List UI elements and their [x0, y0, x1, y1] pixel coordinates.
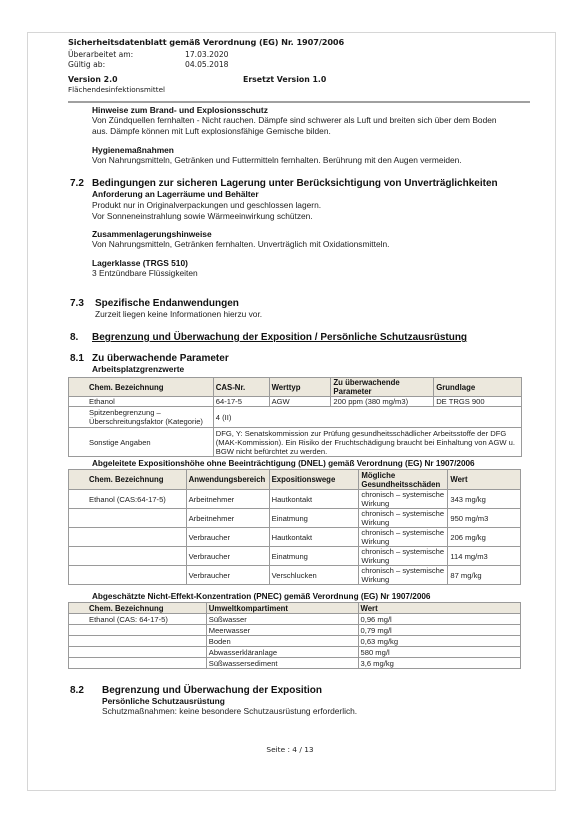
- table-row: ArbeitnehmerEinatmungchronisch – systemi…: [69, 509, 521, 528]
- table-cell: chronisch – systemische Wirkung: [359, 566, 448, 585]
- table-row: Spitzenbegrenzung – Überschreitungsfakto…: [69, 407, 522, 428]
- valid-row: Gültig ab: 04.05.2018: [68, 60, 528, 70]
- column-header: Expositionswege: [269, 470, 359, 490]
- table-cell: Einatmung: [269, 547, 359, 566]
- table-cell: 0,63 mg/kg: [358, 636, 521, 647]
- table-cell: Ethanol (CAS:64-17-5): [69, 490, 187, 509]
- table-row: VerbraucherVerschluckenchronisch – syste…: [69, 566, 521, 585]
- column-header: Werttyp: [269, 378, 331, 397]
- table-cell: chronisch – systemische Wirkung: [359, 547, 448, 566]
- table-cell: 206 mg/kg: [448, 528, 521, 547]
- storage-class-text: 3 Entzündbare Flüssigkeiten: [92, 268, 198, 279]
- table-cell: [69, 547, 187, 566]
- section-7-3-number: 7.3: [70, 298, 84, 310]
- column-header: Chem. Bezeichnung: [69, 603, 207, 614]
- table-cell: 3,6 mg/kg: [358, 658, 521, 669]
- table-cell: 343 mg/kg: [448, 490, 521, 509]
- pnec-heading: Abgeschätzte Nicht-Effekt-Konzentration …: [92, 591, 430, 602]
- section-8-1-number: 8.1: [70, 353, 84, 365]
- column-header: Zu überwachende Parameter: [331, 378, 434, 397]
- co-storage-text: Von Nahrungsmitteln, Getränken fernhalte…: [92, 239, 389, 250]
- table-row: Süßwassersediment3,6 mg/kg: [69, 658, 521, 669]
- table-cell: Süßwasser: [206, 614, 358, 625]
- table-cell: [69, 509, 187, 528]
- table-cell: [69, 647, 207, 658]
- table-cell: Boden: [206, 636, 358, 647]
- hygiene-text: Von Nahrungsmitteln, Getränken und Futte…: [92, 155, 462, 166]
- table-cell: Arbeitnehmer: [186, 490, 269, 509]
- column-header: Chem. Bezeichnung: [69, 470, 187, 490]
- table-cell: DE TRGS 900: [434, 397, 522, 407]
- workplace-limits-table: Chem. Bezeichnung CAS-Nr. Werttyp Zu übe…: [68, 377, 522, 457]
- document-header: Sicherheitsdatenblatt gemäß Verordnung (…: [68, 37, 528, 95]
- table-cell: [69, 528, 187, 547]
- dnel-table: Chem. Bezeichnung Anwendungsbereich Expo…: [68, 469, 521, 585]
- column-header: Chem. Bezeichnung: [69, 378, 214, 397]
- section-8-2-number: 8.2: [70, 685, 84, 697]
- table-cell: 4 (II): [213, 407, 521, 428]
- table-row: VerbraucherEinatmungchronisch – systemis…: [69, 547, 521, 566]
- column-header: Anwendungsbereich: [186, 470, 269, 490]
- table-cell: chronisch – systemische Wirkung: [359, 528, 448, 547]
- page-number: Seite : 4 / 13: [0, 745, 580, 754]
- table-cell: Meerwasser: [206, 625, 358, 636]
- workplace-limits-heading: Arbeitsplatzgrenzwerte: [92, 364, 184, 375]
- column-header: Wert: [448, 470, 521, 490]
- table-row: Ethanol 64-17-5 AGW 200 ppm (380 mg/m3) …: [69, 397, 522, 407]
- table-cell: 950 mg/m3: [448, 509, 521, 528]
- table-row: VerbraucherHautkontaktchronisch – system…: [69, 528, 521, 547]
- storage-requirements-heading: Anforderung an Lagerräume und Behälter: [92, 189, 259, 200]
- table-cell: 200 ppm (380 mg/m3): [331, 397, 434, 407]
- table-cell: Arbeitnehmer: [186, 509, 269, 528]
- section-7-2-number: 7.2: [70, 178, 84, 190]
- table-cell: Verbraucher: [186, 547, 269, 566]
- table-row: Meerwasser0,79 mg/l: [69, 625, 521, 636]
- table-cell: Verbraucher: [186, 528, 269, 547]
- table-cell: 580 mg/l: [358, 647, 521, 658]
- column-header: Mögliche Gesundheitsschäden: [359, 470, 448, 490]
- table-row: Ethanol (CAS: 64-17-5)Süßwasser0,96 mg/l: [69, 614, 521, 625]
- table-cell: [69, 625, 207, 636]
- table-cell: chronisch – systemische Wirkung: [359, 490, 448, 509]
- table-cell: Hautkontakt: [269, 528, 359, 547]
- table-cell: Süßwassersediment: [206, 658, 358, 669]
- header-divider: [68, 101, 530, 103]
- column-header: Wert: [358, 603, 521, 614]
- table-row: Boden0,63 mg/kg: [69, 636, 521, 647]
- storage-requirements-line-2: Vor Sonneneinstrahlung sowie Wärmeeinwir…: [92, 211, 313, 222]
- table-cell: Verbraucher: [186, 566, 269, 585]
- table-row: Ethanol (CAS:64-17-5)ArbeitnehmerHautkon…: [69, 490, 521, 509]
- table-cell: Ethanol (CAS: 64-17-5): [69, 614, 207, 625]
- table-cell: [69, 566, 187, 585]
- table-cell: Sonstige Angaben: [69, 428, 214, 457]
- table-cell: 0,96 mg/l: [358, 614, 521, 625]
- table-cell: Spitzenbegrenzung – Überschreitungsfakto…: [69, 407, 214, 428]
- revised-value: 17.03.2020: [185, 50, 228, 60]
- table-cell: chronisch – systemische Wirkung: [359, 509, 448, 528]
- table-cell: DFG, Y: Senatskommission zur Prüfung ges…: [213, 428, 521, 457]
- table-cell: Einatmung: [269, 509, 359, 528]
- table-cell: Verschlucken: [269, 566, 359, 585]
- table-cell: Abwasserkläranlage: [206, 647, 358, 658]
- table-cell: [69, 658, 207, 669]
- revised-row: Überarbeitet am: 17.03.2020: [68, 50, 528, 60]
- table-header-row: Chem. Bezeichnung Umweltkompartiment Wer…: [69, 603, 521, 614]
- revised-label: Überarbeitet am:: [68, 50, 185, 60]
- valid-label: Gültig ab:: [68, 60, 185, 70]
- table-cell: 64-17-5: [213, 397, 269, 407]
- dnel-heading: Abgeleitete Expositionshöhe ohne Beeintr…: [92, 458, 475, 469]
- replaces-version: Ersetzt Version 1.0: [243, 75, 326, 85]
- product-name: Flächendesinfektionsmittel: [68, 85, 528, 95]
- valid-value: 04.05.2018: [185, 60, 228, 70]
- table-header-row: Chem. Bezeichnung Anwendungsbereich Expo…: [69, 470, 521, 490]
- document-title: Sicherheitsdatenblatt gemäß Verordnung (…: [68, 37, 528, 47]
- version-label: Version 2.0: [68, 75, 243, 85]
- section-8-number: 8.: [70, 332, 78, 344]
- table-header-row: Chem. Bezeichnung CAS-Nr. Werttyp Zu übe…: [69, 378, 522, 397]
- version-row: Version 2.0 Ersetzt Version 1.0: [68, 75, 528, 85]
- table-row: Abwasserkläranlage580 mg/l: [69, 647, 521, 658]
- section-7-3-text: Zurzeit liegen keine Informationen hierz…: [95, 309, 262, 320]
- table-row: Sonstige Angaben DFG, Y: Senatskommissio…: [69, 428, 522, 457]
- table-cell: 114 mg/m3: [448, 547, 521, 566]
- table-cell: Ethanol: [69, 397, 214, 407]
- table-cell: 0,79 mg/l: [358, 625, 521, 636]
- table-cell: AGW: [269, 397, 331, 407]
- table-cell: [69, 636, 207, 647]
- section-8-title: Begrenzung und Überwachung der Expositio…: [92, 332, 467, 344]
- pnec-table: Chem. Bezeichnung Umweltkompartiment Wer…: [68, 602, 521, 669]
- column-header: Umweltkompartiment: [206, 603, 358, 614]
- column-header: Grundlage: [434, 378, 522, 397]
- fire-protection-line-1: Von Zündquellen fernhalten - Nicht rauch…: [92, 115, 497, 126]
- storage-requirements-line-1: Produkt nur in Originalverpackungen und …: [92, 200, 321, 211]
- fire-protection-line-2: aus. Dämpfe können mit Luft explosionsfä…: [92, 126, 331, 137]
- personal-protection-text: Schutzmaßnahmen: keine besondere Schutza…: [102, 706, 357, 717]
- table-cell: Hautkontakt: [269, 490, 359, 509]
- column-header: CAS-Nr.: [213, 378, 269, 397]
- table-cell: 87 mg/kg: [448, 566, 521, 585]
